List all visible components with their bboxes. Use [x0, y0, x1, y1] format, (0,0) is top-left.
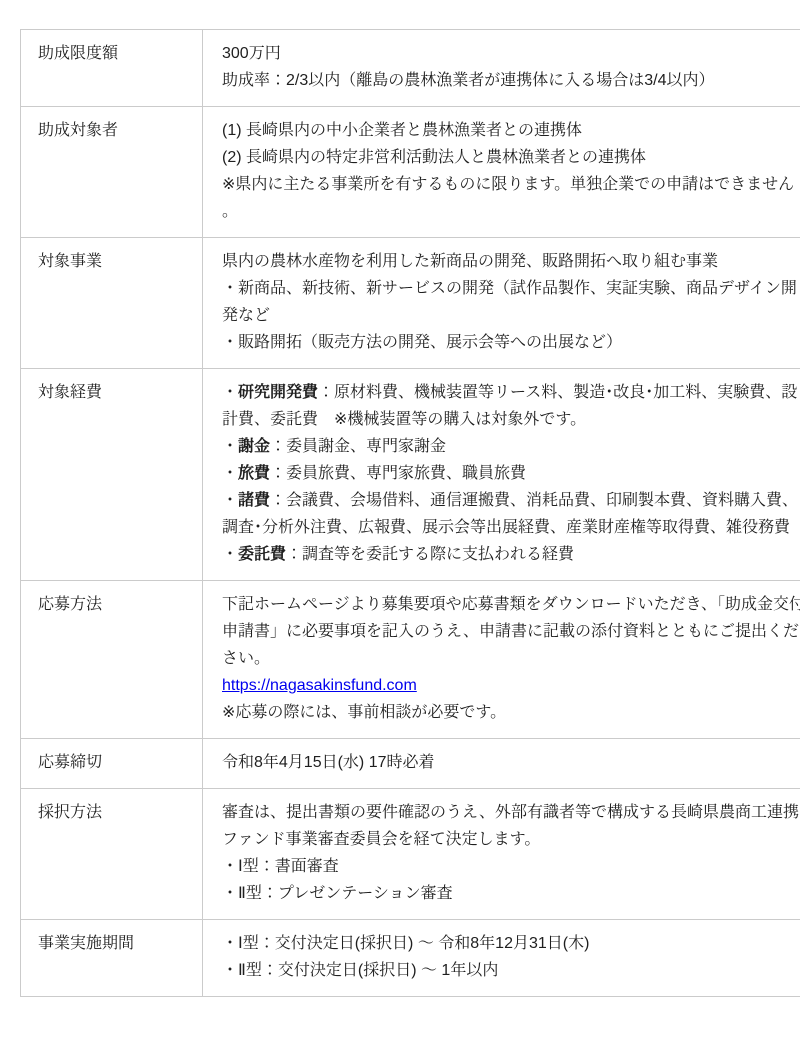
expense-item: ・委託費：調査等を委託する際に支払われる経費: [222, 541, 800, 568]
table-row-eligible-applicants: 助成対象者 (1) 長崎県内の中小企業者と農林漁業者との連携体 (2) 長崎県内…: [21, 107, 800, 238]
expense-item: ・諸費：会議費、会場借料、通信運搬費、消耗品費、印刷製本費、資料購入費、調査･分…: [222, 487, 800, 541]
expense-category-label: 研究開発費: [238, 384, 318, 401]
row-label-selection-method: 採択方法: [21, 789, 203, 920]
expense-category-desc: ：委員謝金、専門家謝金: [270, 438, 446, 455]
link-line: https://nagasakinsfund.com: [222, 672, 800, 699]
row-content-implementation-period: ・Ⅰ型：交付決定日(採択日) ～ 令和8年12月31日(木) ・Ⅱ型：交付決定日…: [203, 920, 800, 997]
text-line: 令和8年4月15日(水) 17時必着: [222, 749, 800, 776]
table-row-application-deadline: 応募締切 令和8年4月15日(水) 17時必着: [21, 739, 800, 789]
expense-category-desc: ：会議費、会場借料、通信運搬費、消耗品費、印刷製本費、資料購入費、調査･分析外注…: [222, 492, 798, 536]
table-row-selection-method: 採択方法 審査は、提出書類の要件確認のうえ、外部有識者等で構成する長崎県農商工連…: [21, 789, 800, 920]
row-content-target-business: 県内の農林水産物を利用した新商品の開発、販路開拓へ取り組む事業 ・新商品、新技術…: [203, 238, 800, 369]
row-label-application-deadline: 応募締切: [21, 739, 203, 789]
text-line: ・Ⅰ型：交付決定日(採択日) ～ 令和8年12月31日(木): [222, 930, 800, 957]
text-line: 審査は、提出書類の要件確認のうえ、外部有識者等で構成する長崎県農商工連携ファンド…: [222, 799, 800, 853]
bullet: ・: [222, 438, 238, 455]
row-label-text: 助成対象者: [38, 117, 194, 144]
expense-item: ・旅費：委員旅費、専門家旅費、職員旅費: [222, 460, 800, 487]
table-row-eligible-expenses: 対象経費 ・研究開発費：原材料費、機械装置等リース料、製造･改良･加工料、実験費…: [21, 369, 800, 581]
text-line: (2) 長崎県内の特定非営利活動法人と農林漁業者との連携体: [222, 144, 800, 171]
expense-category-label: 委託費: [238, 546, 286, 563]
bullet: ・: [222, 492, 238, 509]
grant-info-table: 助成限度額 300万円 助成率：2/3以内（離島の農林漁業者が連携体に入る場合は…: [20, 29, 800, 997]
row-content-selection-method: 審査は、提出書類の要件確認のうえ、外部有識者等で構成する長崎県農商工連携ファンド…: [203, 789, 800, 920]
text-line: 助成率：2/3以内（離島の農林漁業者が連携体に入る場合は3/4以内）: [222, 67, 800, 94]
expense-category-label: 旅費: [238, 465, 270, 482]
text-line: ・新商品、新技術、新サービスの開発（試作品製作、実証実験、商品デザイン開発など: [222, 275, 800, 329]
row-label-text: 採択方法: [38, 799, 194, 826]
row-content-eligible-expenses: ・研究開発費：原材料費、機械装置等リース料、製造･改良･加工料、実験費、設計費、…: [203, 369, 800, 581]
row-label-implementation-period: 事業実施期間: [21, 920, 203, 997]
table-row-implementation-period: 事業実施期間 ・Ⅰ型：交付決定日(採択日) ～ 令和8年12月31日(木) ・Ⅱ…: [21, 920, 800, 997]
expense-item: ・研究開発費：原材料費、機械装置等リース料、製造･改良･加工料、実験費、設計費、…: [222, 379, 800, 433]
row-label-text: 対象事業: [38, 248, 194, 275]
text-line: ※県内に主たる事業所を有するものに限ります。単独企業での申請はできません。: [222, 171, 800, 225]
expense-category-desc: ：委員旅費、専門家旅費、職員旅費: [270, 465, 526, 482]
row-label-text: 応募方法: [38, 591, 194, 618]
text-line: 下記ホームページより募集要項や応募書類をダウンロードいただき、「助成金交付申請書…: [222, 591, 800, 672]
text-line: ・販路開拓（販売方法の開発、展示会等への出展など）: [222, 329, 800, 356]
row-label-text: 事業実施期間: [38, 930, 194, 957]
expense-item: ・謝金：委員謝金、専門家謝金: [222, 433, 800, 460]
row-content-application-method: 下記ホームページより募集要項や応募書類をダウンロードいただき、「助成金交付申請書…: [203, 581, 800, 739]
row-label-text: 助成限度額: [38, 40, 194, 67]
row-label-text: 対象経費: [38, 379, 194, 406]
row-label-eligible-expenses: 対象経費: [21, 369, 203, 581]
bullet: ・: [222, 546, 238, 563]
bullet: ・: [222, 384, 238, 401]
table-row-grant-limit: 助成限度額 300万円 助成率：2/3以内（離島の農林漁業者が連携体に入る場合は…: [21, 30, 800, 107]
text-line: ・Ⅰ型：書面審査: [222, 853, 800, 880]
text-line: ・Ⅱ型：プレゼンテーション審査: [222, 880, 800, 907]
expense-category-desc: ：調査等を委託する際に支払われる経費: [286, 546, 574, 563]
fund-homepage-link[interactable]: https://nagasakinsfund.com: [222, 677, 417, 694]
table-row-application-method: 応募方法 下記ホームページより募集要項や応募書類をダウンロードいただき、「助成金…: [21, 581, 800, 739]
text-line: ・Ⅱ型：交付決定日(採択日) ～ 1年以内: [222, 957, 800, 984]
row-label-text: 応募締切: [38, 749, 194, 776]
expense-category-label: 謝金: [238, 438, 270, 455]
table-row-target-business: 対象事業 県内の農林水産物を利用した新商品の開発、販路開拓へ取り組む事業 ・新商…: [21, 238, 800, 369]
row-label-grant-limit: 助成限度額: [21, 30, 203, 107]
text-line: 300万円: [222, 40, 800, 67]
expense-category-label: 諸費: [238, 492, 270, 509]
text-line: 県内の農林水産物を利用した新商品の開発、販路開拓へ取り組む事業: [222, 248, 800, 275]
row-label-application-method: 応募方法: [21, 581, 203, 739]
row-label-target-business: 対象事業: [21, 238, 203, 369]
text-line: ※応募の際には、事前相談が必要です。: [222, 699, 800, 726]
bullet: ・: [222, 465, 238, 482]
text-line: (1) 長崎県内の中小企業者と農林漁業者との連携体: [222, 117, 800, 144]
row-label-eligible-applicants: 助成対象者: [21, 107, 203, 238]
row-content-application-deadline: 令和8年4月15日(水) 17時必着: [203, 739, 800, 789]
row-content-eligible-applicants: (1) 長崎県内の中小企業者と農林漁業者との連携体 (2) 長崎県内の特定非営利…: [203, 107, 800, 238]
row-content-grant-limit: 300万円 助成率：2/3以内（離島の農林漁業者が連携体に入る場合は3/4以内）: [203, 30, 800, 107]
